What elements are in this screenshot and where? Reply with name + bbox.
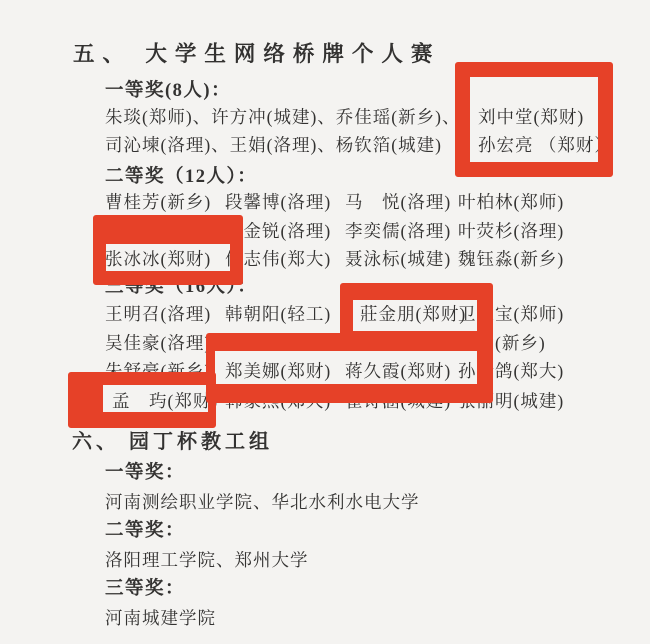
winner-cell: 韩朝阳(轻工)	[225, 302, 331, 326]
second-prize-row: 曹桂芳(新乡) 段馨博(洛理) 马 悦(洛理) 叶柏林(郑师)	[105, 190, 650, 214]
document-page: 五、 大学生网络桥牌个人赛 一等奖(8人)： 朱琰(郑师)、许方冲(城建)、乔佳…	[0, 0, 650, 644]
winner-cell: 王明召(洛理)	[105, 302, 211, 326]
highlight-box-zhengmeina-jiangjiuxia	[206, 333, 493, 403]
first-prize-heading: 一等奖(8人)：	[105, 79, 231, 103]
winner-cell: 聂泳标(城建)	[345, 247, 451, 271]
teacher-second-prize-schools: 洛阳理工学院、郑州大学	[105, 548, 309, 572]
section5-title: 五、 大学生网络桥牌个人赛	[73, 42, 440, 66]
winner-cell: 吴佳豪(洛理)	[105, 331, 211, 355]
winner-cell: 叶柏林(郑师)	[458, 190, 564, 214]
winner-cell: 魏钰淼(新乡)	[458, 247, 564, 271]
winner-names-line: 朱琰(郑师)、许方冲(城建)、乔佳瑶(新乡)、	[105, 105, 460, 129]
winner-cell: 曹桂芳(新乡)	[105, 190, 211, 214]
highlight-box-first-prize	[455, 62, 613, 177]
highlight-box-zhangbingbing	[93, 215, 243, 285]
teacher-second-prize-heading: 二等奖：	[105, 519, 185, 543]
winner-names-line: 司沁堜(洛理)、王娟(洛理)、杨钦箔(城建)	[105, 133, 442, 157]
winner-cell: 马 悦(洛理)	[345, 190, 451, 214]
teacher-first-prize-schools: 河南测绘职业学院、华北水利水电大学	[105, 490, 420, 514]
winner-cell: 段馨博(洛理)	[225, 190, 331, 214]
section6-title: 六、 园丁杯教工组	[72, 430, 273, 454]
highlight-box-mengyu	[68, 372, 216, 428]
teacher-third-prize-heading: 三等奖：	[105, 577, 185, 601]
teacher-third-prize-schools: 河南城建学院	[105, 606, 216, 630]
winner-cell: 叶荧杉(洛理)	[458, 219, 564, 243]
winner-cell: 李奕儒(洛理)	[345, 219, 451, 243]
teacher-first-prize-heading: 一等奖：	[105, 461, 185, 485]
second-prize-heading: 二等奖（12人）：	[105, 165, 257, 189]
